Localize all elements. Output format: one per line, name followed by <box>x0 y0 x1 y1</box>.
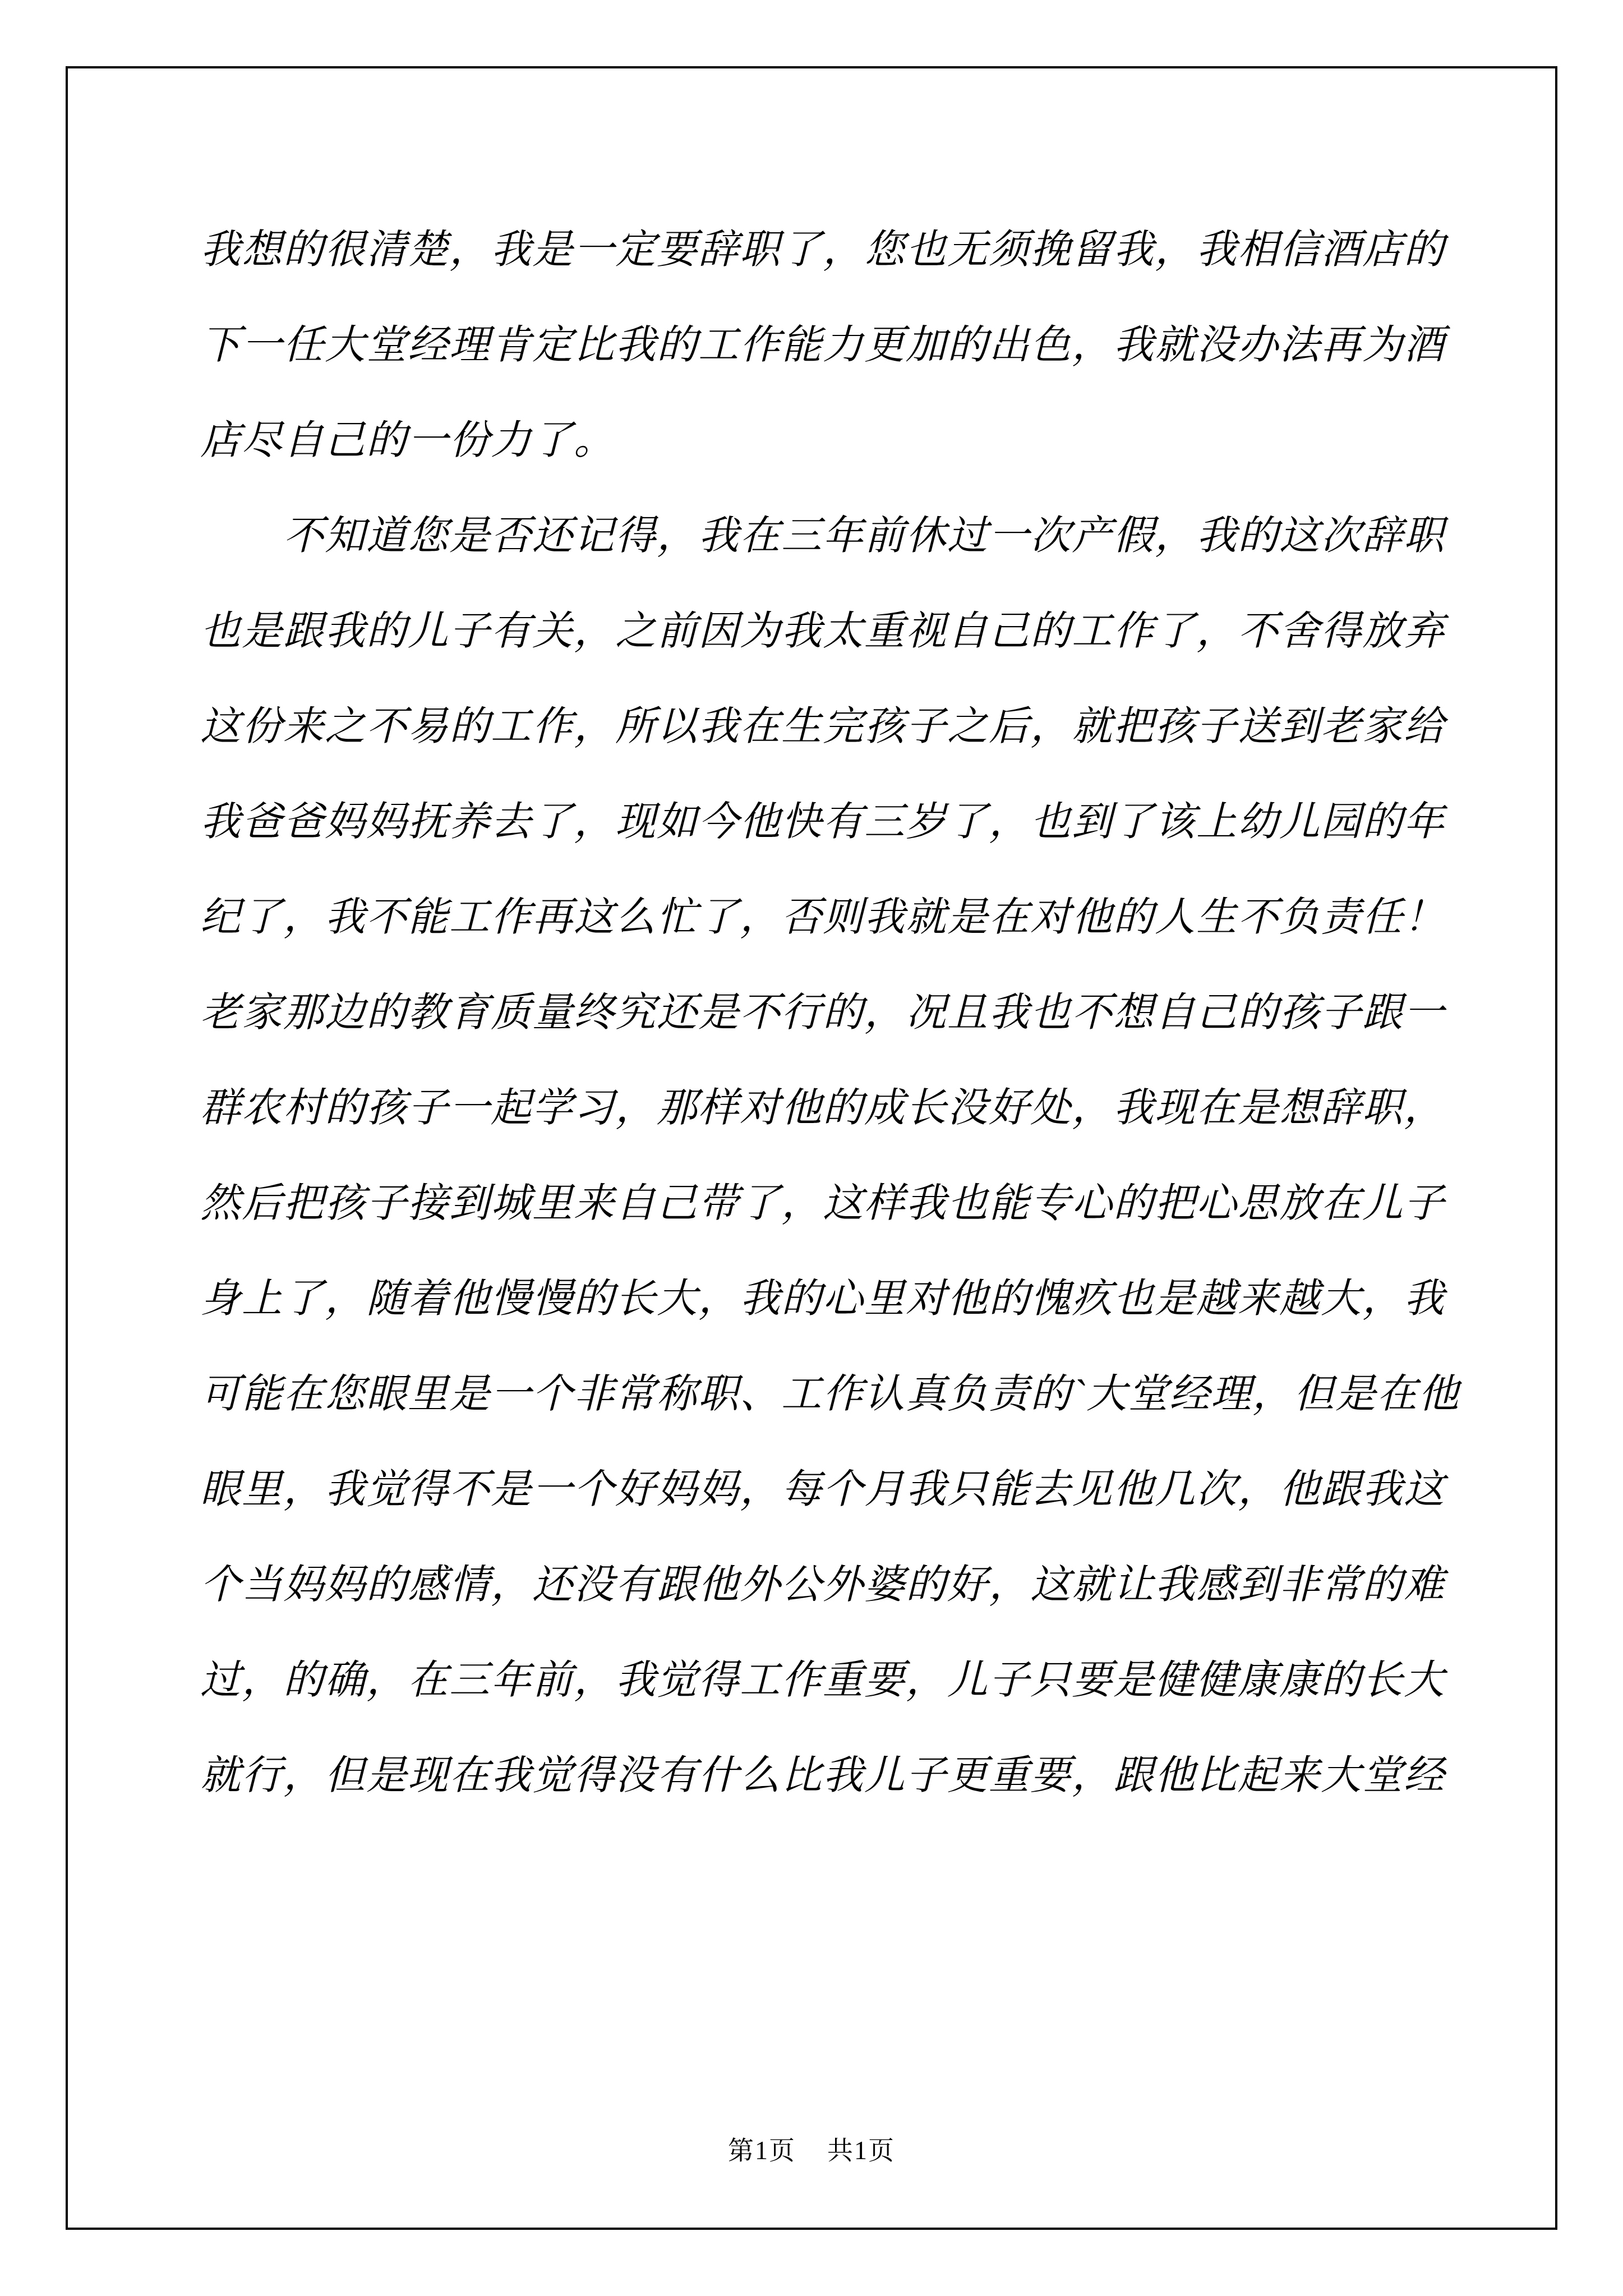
text-line: 也是跟我的儿子有关，之前因为我太重视自己的工作了，不舍得放弃 <box>200 583 1468 679</box>
page-footer: 第1页共1页 <box>66 2130 1557 2167</box>
text-line: 我爸爸妈妈抚养去了，现如今他快有三岁了，也到了该上幼儿园的年 <box>200 774 1468 869</box>
text-line: 然后把孩子接到城里来自己带了，这样我也能专心的把心思放在儿子 <box>200 1156 1468 1251</box>
text-line: 群农村的孩子一起学习，那样对他的成长没好处，我现在是想辞职， <box>200 1060 1468 1156</box>
text-line: 身上了，随着他慢慢的长大，我的心里对他的愧疚也是越来越大，我 <box>200 1251 1468 1346</box>
text-line: 就行，但是现在我觉得没有什么比我儿子更重要，跟他比起来大堂经 <box>200 1728 1468 1823</box>
text-line: 我想的很清楚，我是一定要辞职了，您也无须挽留我，我相信酒店的 <box>200 202 1468 297</box>
text-line: 可能在您眼里是一个非常称职、工作认真负责的`大堂经理，但是在他 <box>200 1346 1468 1442</box>
text-line: 纪了，我不能工作再这么忙了，否则我就是在对他的人生不负责任！ <box>200 869 1468 965</box>
document-body: 我想的很清楚，我是一定要辞职了，您也无须挽留我，我相信酒店的下一任大堂经理肯定比… <box>200 202 1468 1823</box>
text-line: 眼里，我觉得不是一个好妈妈，每个月我只能去见他几次，他跟我这 <box>200 1442 1468 1537</box>
text-line: 过，的确，在三年前，我觉得工作重要，儿子只要是健健康康的长大 <box>200 1632 1468 1728</box>
text-line: 不知道您是否还记得，我在三年前休过一次产假，我的这次辞职 <box>200 488 1468 583</box>
text-line: 这份来之不易的工作，所以我在生完孩子之后，就把孩子送到老家给 <box>200 679 1468 774</box>
page-number: 第1页 <box>728 2136 796 2165</box>
text-line: 个当妈妈的感情，还没有跟他外公外婆的好，这就让我感到非常的难 <box>200 1537 1468 1632</box>
text-line: 下一任大堂经理肯定比我的工作能力更加的出色，我就没办法再为酒 <box>200 297 1468 393</box>
text-line: 店尽自己的一份力了。 <box>200 393 1468 488</box>
page-total: 共1页 <box>827 2136 895 2165</box>
text-line: 老家那边的教育质量终究还是不行的，况且我也不想自己的孩子跟一 <box>200 965 1468 1060</box>
